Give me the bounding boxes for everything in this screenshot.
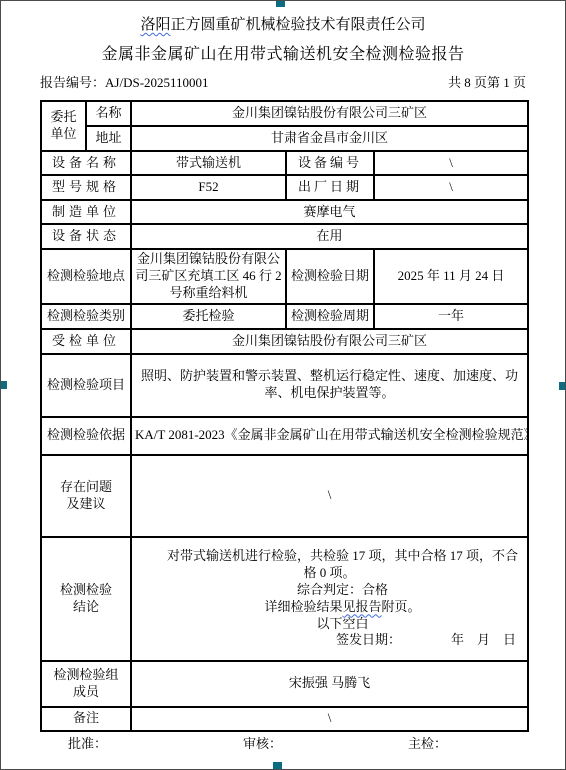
- sign-month: 月: [477, 632, 490, 647]
- manufacturer-label: 制造单位: [41, 200, 131, 224]
- conclusion-label: 检测检验 结论: [41, 537, 131, 661]
- mfg-date-label: 出厂日期: [286, 175, 374, 200]
- report-number-value: AJ/DS-2025110001: [105, 75, 209, 90]
- client-name-label: 名称: [86, 101, 131, 126]
- report-page: 洛阳正方圆重矿机械检验技术有限责任公司 金属非金属矿山在用带式输送机安全检测检验…: [0, 0, 566, 770]
- inspection-team-value: 宋振强 马腾飞: [131, 661, 528, 707]
- remark-label: 备注: [41, 707, 131, 731]
- problems-label: 存在问题 及建议: [41, 455, 131, 537]
- inspection-basis-label: 检测检验依据: [41, 417, 131, 455]
- report-table: 委托 单位 名称 金川集团镍钴股份有限公司三矿区 地址 甘肃省金昌市金川区 设备…: [40, 100, 529, 732]
- client-address-value: 甘肃省金昌市金川区: [131, 126, 528, 151]
- inspection-cycle-value: 一年: [374, 304, 528, 329]
- problems-value: \: [131, 455, 528, 537]
- device-number-label: 设备编号: [286, 151, 374, 175]
- manufacturer-value: 赛摩电气: [131, 200, 528, 224]
- inspected-unit-label: 受检单位: [41, 329, 131, 354]
- device-status-value: 在用: [131, 224, 528, 249]
- selection-handle-bottom[interactable]: [273, 762, 282, 770]
- client-address-label: 地址: [86, 126, 131, 151]
- conclusion-cell: 对带式输送机进行检验，共检验 17 项，其中合格 17 项，不合格 0 项。 综…: [131, 537, 528, 661]
- inspection-cycle-label: 检测检验周期: [286, 304, 374, 329]
- sign-day: 日: [503, 632, 516, 647]
- company-name-rest: 正方圆重矿机械检验技术有限责任公司: [171, 17, 426, 33]
- report-number-label: 报告编号：: [40, 75, 105, 90]
- remark-value: \: [131, 707, 528, 731]
- inspected-unit-value: 金川集团镍钴股份有限公司三矿区: [131, 329, 528, 354]
- report-number: 报告编号：AJ/DS-2025110001: [40, 72, 209, 91]
- conclusion-judgement: 综合判定：合格: [135, 582, 524, 599]
- conclusion-blank-below: 以下空白: [135, 616, 524, 633]
- sign-date-line: 签发日期：年月日: [135, 632, 524, 649]
- client-name-value: 金川集团镍钴股份有限公司三矿区: [131, 101, 528, 126]
- device-name-value: 带式输送机: [131, 151, 286, 175]
- client-unit-label: 委托 单位: [41, 101, 86, 151]
- device-name-label: 设备名称: [41, 151, 131, 175]
- report-meta-row: 报告编号：AJ/DS-2025110001 共 8 页第 1 页: [40, 72, 526, 91]
- device-status-label: 设备状态: [41, 224, 131, 249]
- model-spec-label: 型号规格: [41, 175, 131, 200]
- inspection-category-value: 委托检验: [131, 304, 286, 329]
- chief-inspector-label: 主检：: [408, 733, 447, 752]
- company-name: 洛阳正方圆重矿机械检验技术有限责任公司: [1, 13, 565, 34]
- approve-label: 批准：: [68, 733, 107, 752]
- selection-handle-left[interactable]: [0, 381, 7, 389]
- inspection-team-label: 检测检验组 成员: [41, 661, 131, 707]
- inspection-items-value: 照明、防护装置和警示装置、整机运行稳定性、速度、加速度、功率、机电保护装置等。: [131, 354, 528, 417]
- inspection-date-label: 检测检验日期: [286, 249, 374, 304]
- sign-year: 年: [451, 632, 464, 647]
- inspection-location-value: 金川集团镍钴股份有限公司三矿区充填工区 46 行 2 号称重给料机: [131, 249, 286, 304]
- model-spec-value: F52: [131, 175, 286, 200]
- inspection-basis-value: KA/T 2081-2023《金属非金属矿山在用带式输送机安全检测检验规范》: [131, 417, 528, 455]
- conclusion-detail-note: 详细检验结果见报告附页。: [135, 599, 524, 616]
- inspection-date-value: 2025 年 11 月 24 日: [374, 249, 528, 304]
- signature-row: 批准： 审核： 主检：: [1, 733, 565, 751]
- inspection-items-label: 检测检验项目: [41, 354, 131, 417]
- mfg-date-value: \: [374, 175, 528, 200]
- selection-handle-top[interactable]: [276, 0, 285, 7]
- sign-date-label: 签发日期：: [336, 632, 401, 647]
- conclusion-summary: 对带式输送机进行检验，共检验 17 项，其中合格 17 项，不合格 0 项。: [135, 548, 524, 582]
- company-name-misspelled: 洛阳: [140, 17, 170, 33]
- review-label: 审核：: [243, 733, 282, 752]
- selection-handle-right[interactable]: [559, 382, 566, 390]
- inspection-category-label: 检测检验类别: [41, 304, 131, 329]
- inspection-location-label: 检测检验地点: [41, 249, 131, 304]
- page-indicator: 共 8 页第 1 页: [448, 72, 526, 91]
- device-number-value: \: [374, 151, 528, 175]
- report-title: 金属非金属矿山在用带式输送机安全检测检验报告: [1, 41, 565, 64]
